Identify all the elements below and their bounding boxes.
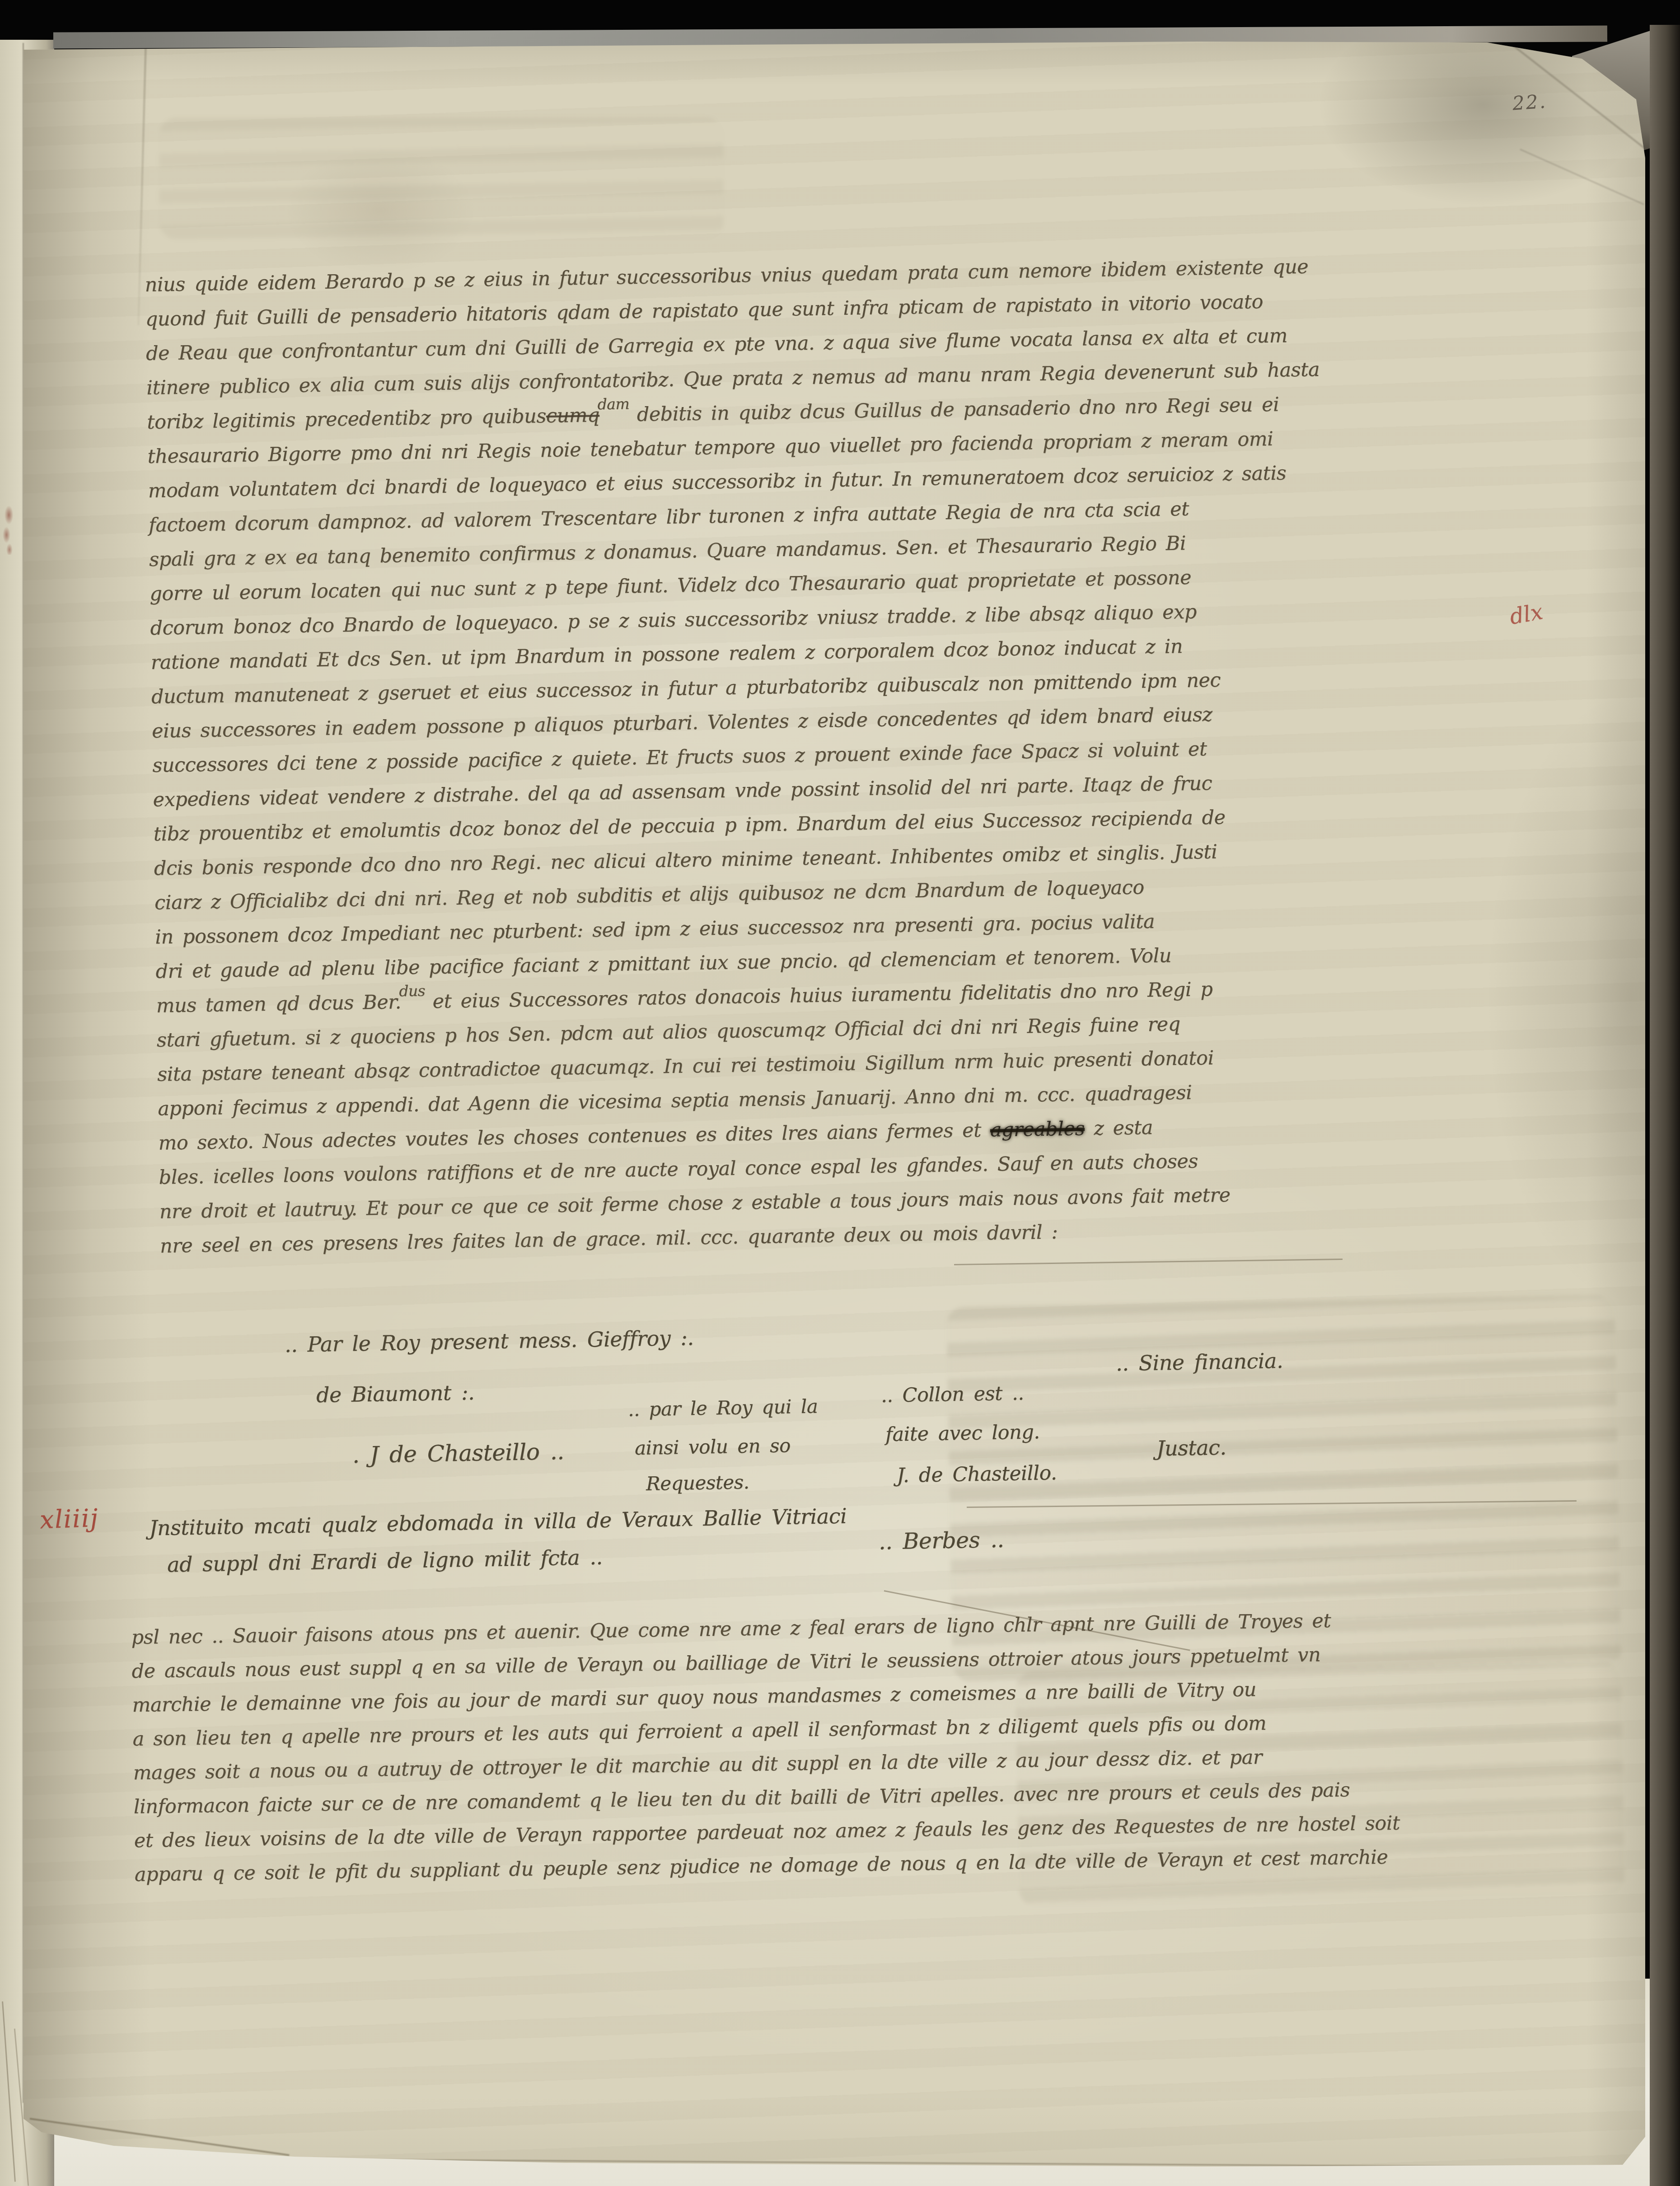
folio-number: 22.: [1512, 90, 1547, 114]
manuscript-line: ciarz z Officialibz dci dni nri. Reg et …: [154, 863, 1596, 920]
parchment-page: 22. dlx xliiij nius quide eidem Berardo …: [23, 41, 1645, 2169]
note-par-le-roy-qui-la: .. par le Roy qui la: [628, 1395, 818, 1420]
signature-berbes: .. Berbes ..: [879, 1527, 1004, 1555]
manuscript-line: mages soit a nous ou a autruy de ottroye…: [133, 1736, 1606, 1790]
manuscript-line: stari gfuetum. si z quociens p hos Sen. …: [156, 1001, 1598, 1058]
line-filler-stroke: [967, 1500, 1577, 1508]
manuscript-line: eius successores in eadem possone p aliq…: [152, 692, 1593, 749]
manuscript-line: apparu q ce soit le pfit du suppliant du…: [134, 1837, 1607, 1892]
note-ainsi-volu: ainsi volu en so: [635, 1434, 791, 1459]
struck-word-blotted: agreables: [990, 1118, 1085, 1142]
line-text: mus tamen qd dcus Ber.: [156, 991, 401, 1017]
manuscript-line: ductum manuteneat z gseruet et eius succ…: [151, 657, 1592, 714]
manuscript-line: ratione mandati Et dcs Sen. ut ipm Bnard…: [150, 623, 1592, 680]
margin-note-red-dlx: dlx: [1508, 599, 1545, 630]
section-header-line1: Jnstituito mcati qualz ebdomada in villa…: [149, 1504, 847, 1540]
margin-note-red-xliiij: xliiij: [39, 1503, 99, 1535]
manuscript-line: in possonem dcoz Impediant nec pturbent:…: [155, 898, 1596, 955]
note-collation-2: faite avec long.: [885, 1421, 1040, 1446]
manuscript-line: marchie le demainne vne fois au jour de …: [132, 1668, 1605, 1723]
signature-par-le-roy: .. Par le Roy present mess. Gieffroy :.: [285, 1325, 694, 1357]
manuscript-line: successores dci tene z posside pacifice …: [152, 726, 1594, 783]
signature-de-biaumont: de Biaumont :.: [316, 1380, 475, 1407]
manuscript-line-with-strikeout: mo sexto. Nous adectes voutes les choses…: [158, 1104, 1600, 1161]
manuscript-line-with-correction: toribz legitimis precedentibz pro quibus…: [147, 383, 1588, 440]
manuscript-line: linformacon faicte sur ce de nre comande…: [133, 1769, 1606, 1824]
line-text: et eius Successores ratos donacois huius…: [423, 978, 1213, 1013]
superscript-correction: dam: [597, 395, 629, 413]
line-filler-stroke: [954, 1259, 1343, 1265]
note-collation-1: .. Collon est ..: [881, 1382, 1024, 1407]
manuscript-line: dcis bonis responde dco dno nro Regi. ne…: [154, 829, 1595, 886]
superscript-word: dus: [399, 982, 425, 1000]
ink-showthrough: [1015, 1662, 1625, 1907]
struck-word: cumq: [546, 404, 599, 427]
manuscript-line: nre seel en ces presens lres faites lan …: [159, 1207, 1601, 1264]
note-sine-financia: .. Sine financia.: [1116, 1348, 1283, 1376]
line-text: z esta: [1085, 1116, 1153, 1140]
manuscript-line: expediens videat vendere z distrahe. del…: [153, 760, 1594, 817]
line-text: debitis in quibz dcus Guillus de pansade…: [627, 393, 1279, 426]
manuscript-line: et des lieux voisins de la dte ville de …: [134, 1803, 1607, 1858]
signature-justac: Justac.: [1156, 1435, 1226, 1461]
manuscript-line: factoem dcorum dampnoz. ad valorem Tresc…: [148, 486, 1590, 543]
manuscript-line: spali gra z ex ea tanq benemito confirmu…: [149, 520, 1591, 577]
manuscript-line: apponi fecimus z appendi. dat Agenn die …: [158, 1069, 1599, 1126]
parchment-crease: [137, 45, 147, 325]
corner-crease: [1520, 149, 1644, 205]
signature-chasteillon-right: J. de Chasteillo.: [897, 1461, 1057, 1487]
line-text: toribz legitimis precedentibz pro quibus: [147, 405, 546, 434]
manuscript-line: quond fuit Guilli de pensaderio hitatori…: [145, 280, 1586, 337]
manuscript-scan: 22. dlx xliiij nius quide eidem Berardo …: [0, 0, 1680, 2186]
petition-text-block: psl nec .. Sauoir faisons atous pns et a…: [131, 1600, 1607, 1891]
manuscript-line: dcorum bonoz dco Bnardo de loqueyaco. p …: [150, 589, 1591, 646]
manuscript-line: nius quide eidem Berardo p se z eius in …: [145, 245, 1586, 302]
manuscript-line-with-superscript: mus tamen qd dcus Ber.dus et eius Succes…: [156, 966, 1597, 1023]
manuscript-line: sita pstare teneant absqz contradictoe q…: [157, 1035, 1598, 1092]
manuscript-line: psl nec .. Sauoir faisons atous pns et a…: [131, 1600, 1604, 1655]
ink-bleed-mark: [2, 505, 14, 555]
ink-showthrough: [159, 117, 724, 239]
manuscript-line: bles. icelles loons voulons ratiffions e…: [159, 1138, 1600, 1195]
book-fore-edge: [1650, 25, 1680, 2186]
manuscript-line: de ascauls nous eust suppl q en sa ville…: [131, 1634, 1605, 1689]
manuscript-line: a son lieu ten q apelle nre prours et le…: [132, 1702, 1605, 1756]
manuscript-line: gorre ul eorum locaten qui nuc sunt z p …: [150, 554, 1591, 611]
manuscript-line: dri et gaude ad plenu libe pacifice faci…: [155, 932, 1597, 989]
pen-flourish: [884, 1590, 1190, 1651]
manuscript-line: modam voluntatem dci bnardi de loqueyaco…: [148, 451, 1589, 508]
ink-showthrough: [946, 1295, 1621, 1682]
manuscript-line: de Reau que confrontantur cum dni Guilli…: [145, 314, 1587, 371]
charter-text-block: nius quide eidem Berardo p se z eius in …: [145, 245, 1601, 1264]
manuscript-line: thesaurario Bigorre pmo dni nri Regis no…: [147, 417, 1589, 474]
manuscript-line: nre droit et lautruy. Et pour ce que ce …: [159, 1172, 1600, 1229]
manuscript-line: tibz prouentibz et emolumtis dcoz bonoz …: [153, 795, 1595, 852]
section-header-line2: ad suppl dni Erardi de ligno milit fcta …: [167, 1545, 603, 1577]
manuscript-line: itinere publico ex alia cum suis alijs c…: [146, 348, 1588, 405]
signature-chasteillon-left: . J de Chasteillo ..: [352, 1438, 565, 1468]
line-text: mo sexto. Nous adectes voutes les choses…: [158, 1119, 990, 1155]
note-requestes: Requestes.: [646, 1471, 749, 1495]
